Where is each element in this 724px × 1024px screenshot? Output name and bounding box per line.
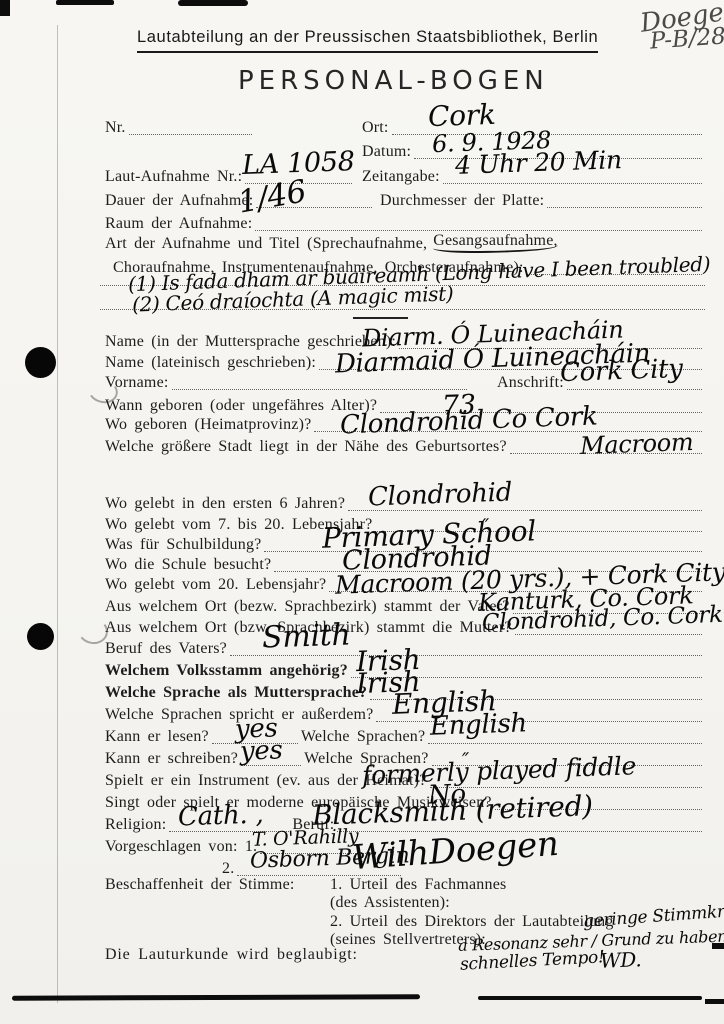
field-schooling-label: Was für Schulbildung?	[105, 537, 261, 554]
field-religion-label: Religion:	[105, 817, 166, 834]
field-religion-value: Cath. ,	[178, 802, 264, 831]
field-nr-line	[129, 133, 252, 135]
certify-label: Die Lauturkunde wird beglaubigt:	[105, 946, 358, 964]
field-nearby-city-label: Welche größere Stadt liegt in der Nähe d…	[105, 439, 507, 456]
field-ort-value: Cork	[428, 101, 496, 131]
field-other-langs-line	[376, 720, 702, 722]
fold-line	[57, 25, 58, 1003]
field-can-read-label: Kann er lesen?	[105, 729, 209, 746]
field-raum: Raum der Aufnahme:	[105, 215, 705, 233]
expert-judgement-label-2: (des Assistenten):	[330, 894, 450, 912]
field-vorname-label: Vorname:	[105, 375, 169, 392]
field-born-where-label: Wo geboren (Heimatprovinz)?	[105, 417, 311, 434]
field-can-write-value: yes	[240, 737, 283, 764]
scan-smudge-top-1	[56, 0, 114, 5]
scan-smudge-top-2	[178, 0, 248, 6]
field-volksstamm-label: Welchem Volksstamm angehörig?	[105, 663, 348, 680]
field-proposed-label: Vorgeschlagen von: 1.	[105, 839, 257, 856]
field-from20-label: Wo gelebt vom 20. Lebensjahr?	[105, 577, 326, 594]
director-signature: WilhDoegen	[351, 827, 560, 875]
field-durchmesser-line	[547, 206, 702, 208]
field-aufnahme-nr-label: Laut-Aufnahme Nr.:	[105, 169, 242, 186]
field-father-job-value: Smith	[262, 620, 351, 653]
field-father-job-line	[230, 654, 702, 656]
director-initials: WD.	[600, 949, 642, 970]
field-art-line1: Art der Aufnahme und Titel (Sprechaufnah…	[105, 235, 705, 253]
scan-line-bottom-2	[478, 996, 702, 1000]
field-zeitangabe-label: Zeitangabe:	[362, 169, 440, 186]
director-note-line-3: schnelles Tempo!	[460, 949, 605, 974]
field-vorname-line	[172, 388, 467, 390]
field-ort-label: Ort:	[362, 120, 389, 137]
field-nr-label: Nr.	[105, 120, 126, 137]
scanned-personal-bogen-form: Doegen P-B/28 Lautabteilung an der Preus…	[0, 0, 724, 1024]
field-anschrift-label: Anschrift:	[497, 375, 564, 392]
institution-header: Lautabteilung an der Preussischen Staats…	[137, 28, 598, 53]
field-vorname: Vorname:	[105, 374, 470, 392]
field-durchmesser-label: Durchmesser der Platte:	[380, 193, 544, 210]
field-mother-tongue-label: Welche Sprache als Muttersprache?	[105, 685, 367, 702]
field-read-lang-value: English	[430, 710, 528, 739]
field-born-when-label: Wann geboren (oder ungefähres Alter)?	[105, 398, 377, 415]
field-zeitangabe-value: 4 Uhr 20 Min	[455, 147, 623, 178]
field-first6-label: Wo gelebt in den ersten 6 Jahren?	[105, 496, 345, 513]
field-datum-label: Datum:	[362, 144, 411, 161]
scan-line-bottom-3	[705, 999, 724, 1004]
field-school-where-label: Wo die Schule besucht?	[105, 557, 271, 574]
punch-hole-top	[25, 347, 56, 378]
field-name-latin-label: Name (lateinisch geschrieben):	[105, 355, 316, 372]
field-raum-label: Raum der Aufnahme:	[105, 216, 252, 233]
field-zeitangabe-line	[443, 182, 702, 184]
field-first6-value: Clondrohid	[368, 479, 513, 510]
field-read-lang-label: Welche Sprachen?	[301, 729, 425, 746]
field-instrument-line	[430, 786, 702, 788]
director-judgement-label-1: 2. Urteil des Direktors der Lautabteilun…	[330, 913, 614, 931]
field-anschrift-line	[567, 388, 702, 390]
field-can-read: Kann er lesen? Welche Sprachen?	[105, 728, 705, 746]
field-durchmesser: Durchmesser der Platte:	[380, 192, 705, 210]
field-art-label-1b: Gesangsaufnahme,	[433, 233, 558, 253]
field-read-lang-line	[428, 742, 702, 744]
field-nearby-city-value: Macroom	[580, 430, 694, 458]
punch-hole-bottom	[27, 623, 54, 650]
pencil-archive-ref: P-B/28	[649, 25, 724, 53]
field-dauer-label: Dauer der Aufnahme:	[105, 193, 253, 210]
scan-line-bottom-1	[12, 994, 420, 1000]
field-dauer-value: 1/46	[236, 176, 309, 218]
field-nr: Nr.	[105, 119, 255, 137]
voice-quality-label: Beschaffenheit der Stimme:	[105, 876, 295, 894]
field-anschrift-value: Cork City	[560, 356, 683, 386]
field-father-job-label: Beruf des Vaters?	[105, 641, 227, 658]
scan-smudge-corner	[0, 0, 10, 16]
field-father-from-label: Aus welchem Ort (bezw. Sprachbezirk) sta…	[105, 599, 510, 616]
expert-judgement-label-1: 1. Urteil des Fachmannes	[330, 876, 506, 894]
ink-line	[353, 317, 408, 319]
form-title: PERSONAL-BOGEN	[238, 66, 549, 96]
field-can-write-label: Kann er schreiben?	[105, 751, 238, 768]
field-art-label-1: Art der Aufnahme und Titel (Sprechaufnah…	[105, 236, 427, 253]
field-raum-line	[255, 229, 702, 231]
